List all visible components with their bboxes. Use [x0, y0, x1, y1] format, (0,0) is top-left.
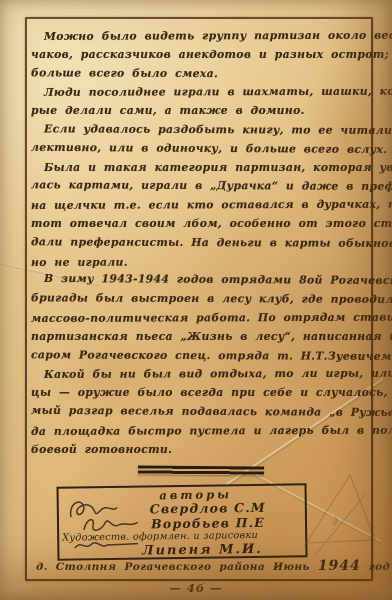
- section-divider: [138, 465, 264, 475]
- text-line: больше всего было смеха.: [31, 64, 367, 84]
- footer-place: д. Столпня Рогачевского района Июнь: [36, 561, 310, 573]
- text-line: чаков, рассказчиков анекдотов и разных о…: [31, 46, 367, 65]
- text-line: тот отвечал своим лбом, особенно от этог…: [31, 215, 367, 234]
- artist-name: Липеня М.И.: [79, 541, 325, 559]
- handwritten-text-block: Можно было видеть группу партизан около …: [31, 27, 367, 459]
- pencil-scribble-icon: [295, 455, 385, 565]
- text-line: лективно, или в одиночку, и больше всего…: [31, 139, 367, 160]
- text-line: мый разгар веселья подавалась команда „в…: [31, 402, 367, 423]
- text-line: массово-политическая работа. По отрядам …: [31, 309, 367, 329]
- scanned-document-page: Можно было видеть группу партизан около …: [0, 0, 392, 600]
- text-line: партизанская пьеса „Жизнь в лесу“, напис…: [31, 328, 367, 347]
- page-number: — 4б —: [0, 581, 392, 595]
- text-line: рые делали сами, а также в домино.: [31, 102, 367, 121]
- text-line: лась картами, играли в „Дурачка“ и даже …: [31, 177, 367, 197]
- text-line: цы — оружие было всегда при себе и случа…: [31, 384, 367, 403]
- text-line: В зиму 1943-1944 годов отрядами 8ой Рога…: [31, 270, 367, 291]
- authors-box: авторы Свердлов С.М Воробьев П.Е Художес…: [56, 483, 307, 560]
- text-line: Можно было видеть группу партизан около …: [31, 27, 367, 47]
- text-line: Люди посолиднее играли в шахматы, шашки,…: [31, 83, 367, 103]
- text-line: Какой бы ни был вид отдыха, то ли игры, …: [31, 365, 367, 385]
- text-line: на щелчки т.е. если кто оставался в дура…: [31, 196, 367, 216]
- text-line: дали преферансисты. На деньги в карты об…: [31, 233, 367, 253]
- text-line: Была и такая категория партизан, которая…: [31, 159, 367, 178]
- text-line: Если удавалось раздобыть книгу, то ее чи…: [31, 120, 367, 140]
- text-line: да площадка быстро пустела и лагерь был …: [31, 421, 367, 441]
- text-line: бригады был выстроен в лесу клуб, где пр…: [31, 289, 367, 309]
- text-line: саром Рогачевского спец. отряда т. Н.Т.З…: [31, 346, 367, 366]
